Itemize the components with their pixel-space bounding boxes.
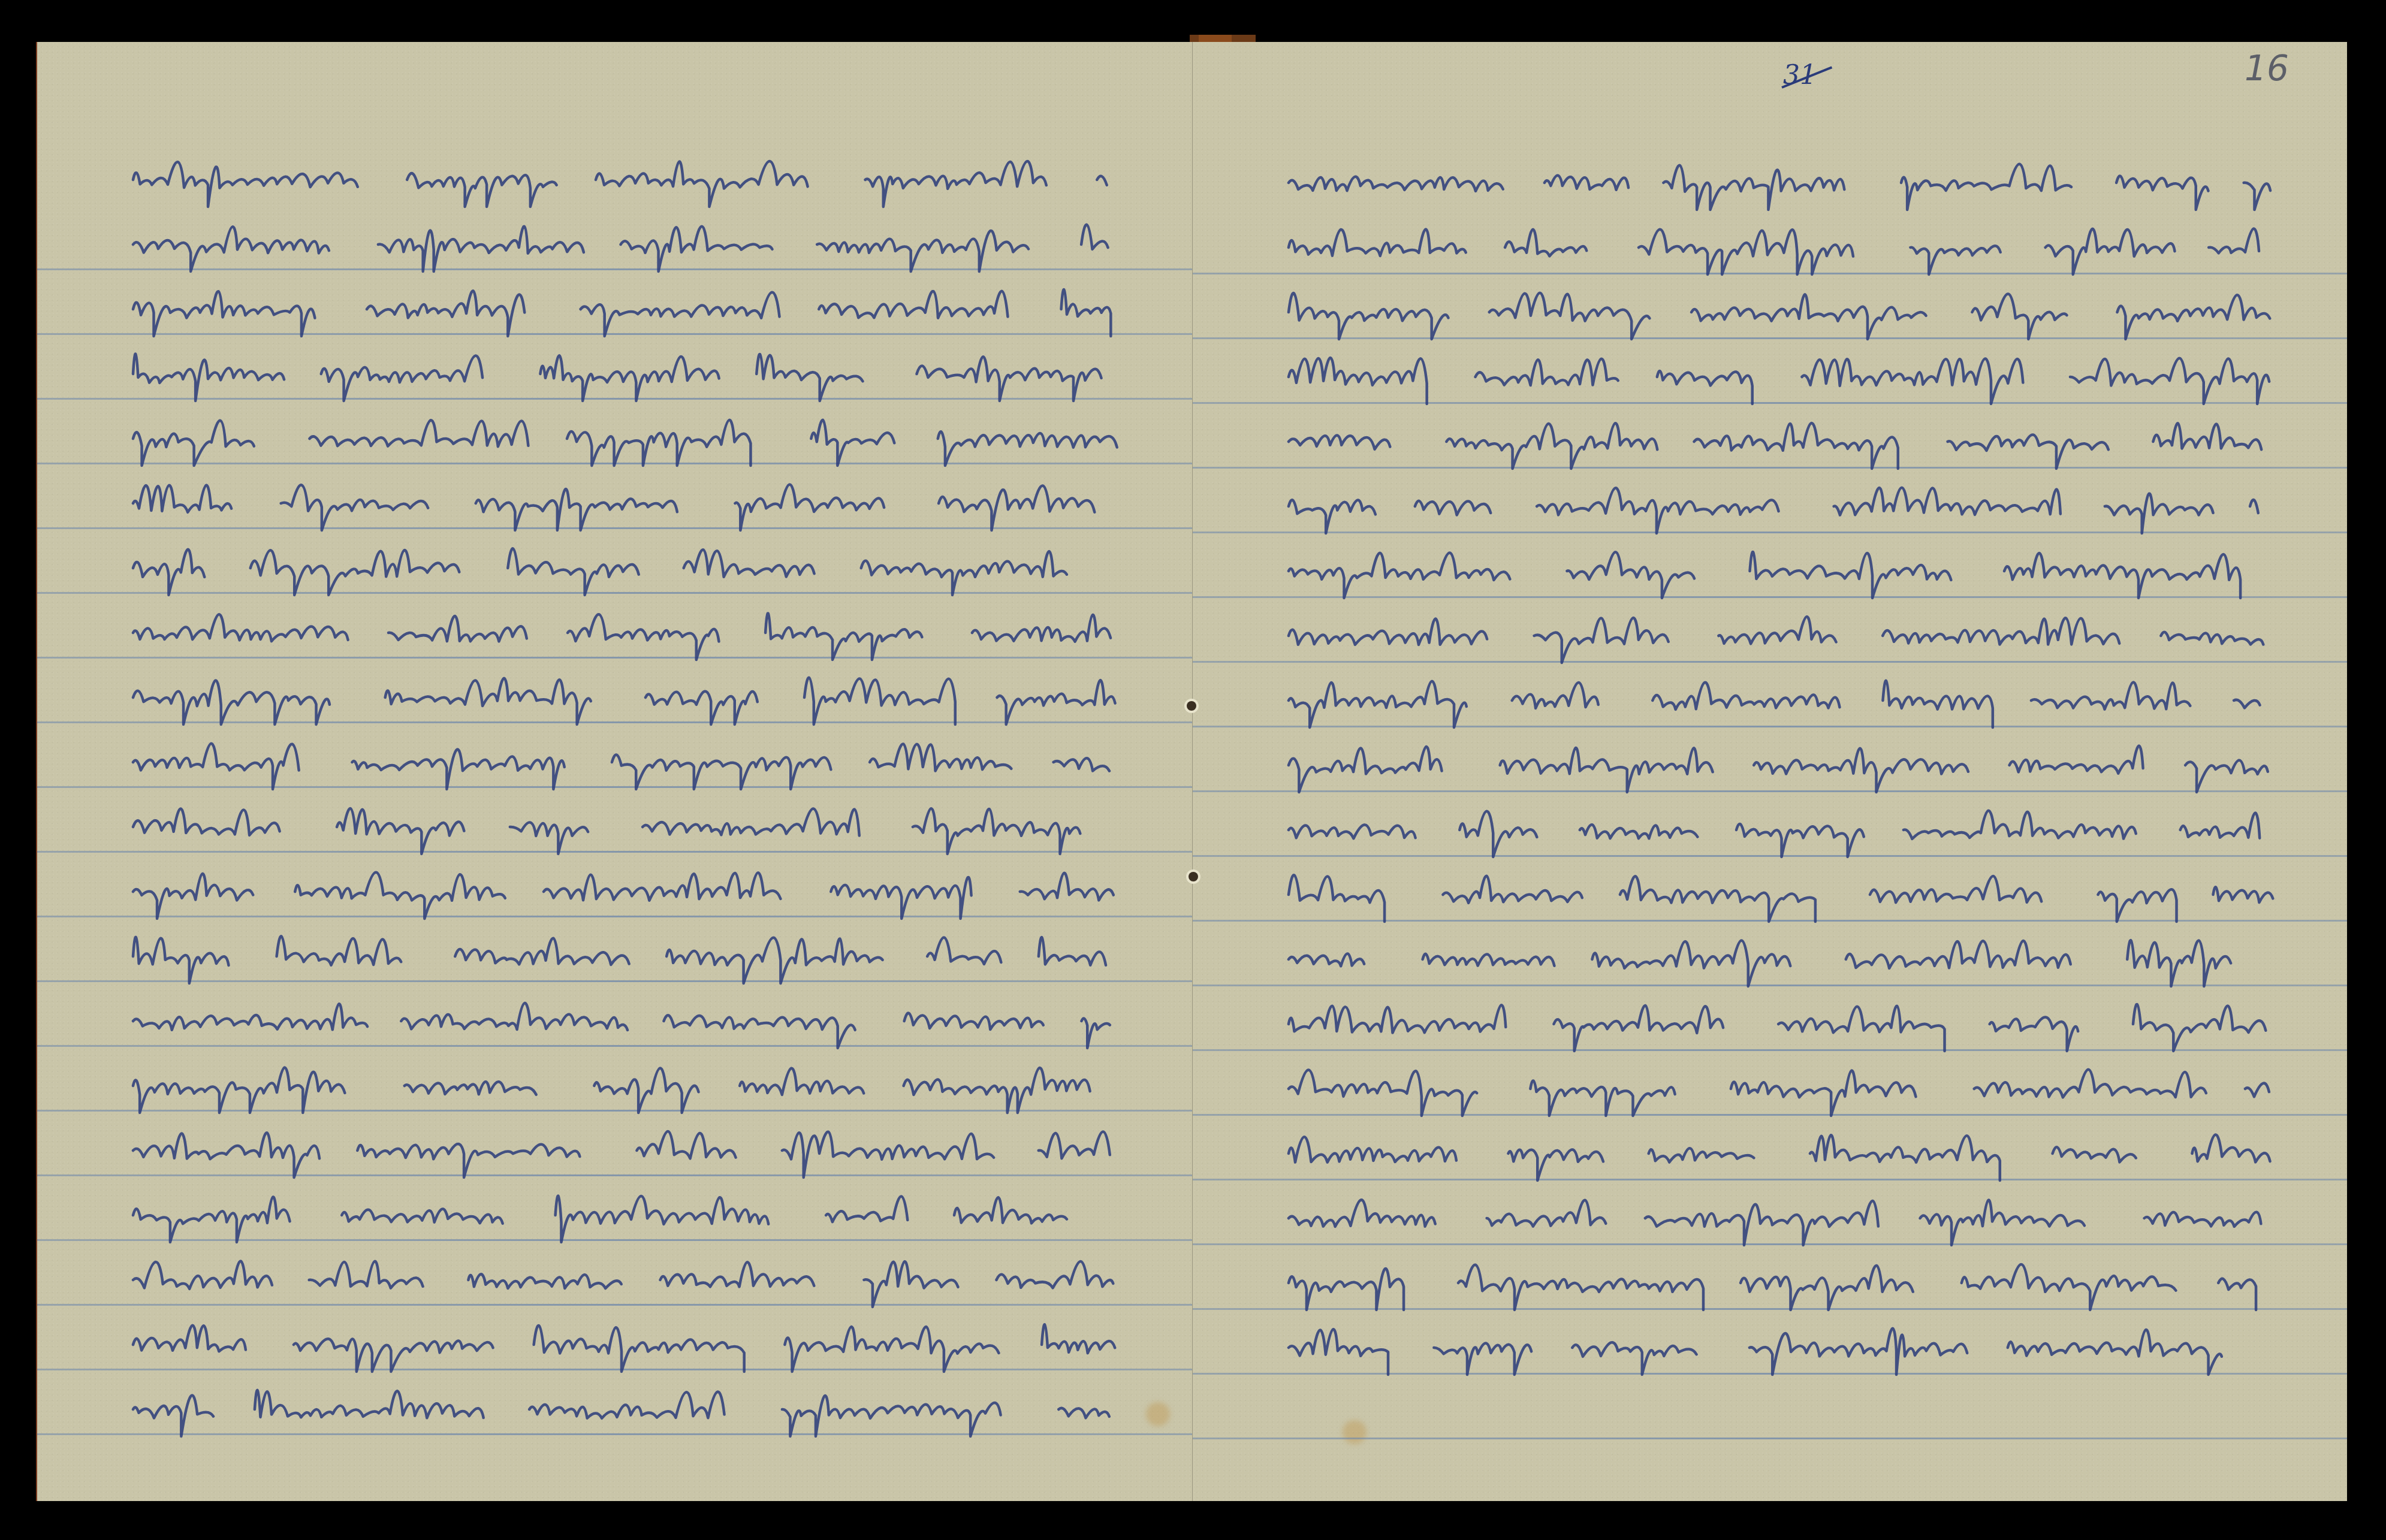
handwritten-line: handwritten line 11	[127, 791, 1127, 857]
left-page: handwritten line 1handwritten line 2hand…	[36, 42, 1193, 1501]
handwritten-line: handwritten line 13	[127, 920, 1127, 986]
handwritten-line: handwritten line 4	[1283, 341, 2281, 407]
handwritten-line: handwritten line 17	[127, 1179, 1127, 1245]
age-stain	[1343, 1420, 1367, 1444]
age-stain	[1146, 1402, 1170, 1426]
handwritten-line: handwritten line 20	[127, 1373, 1127, 1439]
handwritten-line: handwritten line 13	[1283, 923, 2281, 989]
handwritten-line: handwritten line 2	[127, 209, 1127, 274]
handwritten-line: handwritten line 15	[127, 1050, 1127, 1116]
handwritten-line: handwritten line 8	[127, 597, 1127, 663]
handwritten-line: handwritten line 15	[1283, 1053, 2281, 1119]
handwritten-line: handwritten line 11	[1283, 794, 2281, 860]
right-page: 31 16 handwritten line 1handwritten line…	[1192, 42, 2347, 1501]
handwritten-line: handwritten line 9	[127, 662, 1127, 727]
handwritten-line: handwritten line 19	[1283, 1312, 2281, 1378]
handwritten-line: handwritten line 18	[1283, 1247, 2281, 1313]
handwritten-line: handwritten line 19	[127, 1309, 1127, 1375]
handwritten-line: handwritten line 10	[127, 726, 1127, 792]
handwritten-line: handwritten line 6	[1283, 470, 2281, 536]
handwritten-line: handwritten line 14	[127, 985, 1127, 1051]
handwritten-line: handwritten line 7	[1283, 535, 2281, 601]
handwritten-line: handwritten line 5	[1283, 406, 2281, 472]
handwritten-line: handwritten line 8	[1283, 600, 2281, 666]
staple-hole-top	[1187, 701, 1196, 711]
handwritten-line: handwritten line 1	[127, 144, 1127, 210]
handwritten-line: handwritten line 12	[1283, 859, 2281, 925]
handwritten-line: handwritten line 12	[127, 856, 1127, 922]
handwritten-line: handwritten line 18	[127, 1244, 1127, 1310]
ruled-line	[1193, 1438, 2347, 1439]
handwritten-line: handwritten line 10	[1283, 729, 2281, 795]
handwritten-line: handwritten line 16	[127, 1115, 1127, 1180]
handwritten-line: handwritten line 17	[1283, 1182, 2281, 1248]
handwritten-line: handwritten line 7	[127, 532, 1127, 598]
folio-mark: 31	[1783, 60, 1817, 90]
staple-hole-bottom	[1189, 872, 1198, 881]
page-number: 16	[2245, 48, 2289, 89]
handwritten-line: handwritten line 6	[127, 467, 1127, 533]
handwritten-line: handwritten line 4	[127, 338, 1127, 404]
handwritten-line: handwritten line 1	[1283, 147, 2281, 213]
handwritten-line: handwritten line 3	[1283, 276, 2281, 342]
handwritten-line: handwritten line 14	[1283, 988, 2281, 1054]
handwritten-line: handwritten line 16	[1283, 1118, 2281, 1183]
handwritten-line: handwritten line 9	[1283, 665, 2281, 730]
handwritten-line: handwritten line 2	[1283, 212, 2281, 277]
handwritten-line: handwritten line 3	[127, 273, 1127, 339]
handwritten-line: handwritten line 5	[127, 403, 1127, 469]
